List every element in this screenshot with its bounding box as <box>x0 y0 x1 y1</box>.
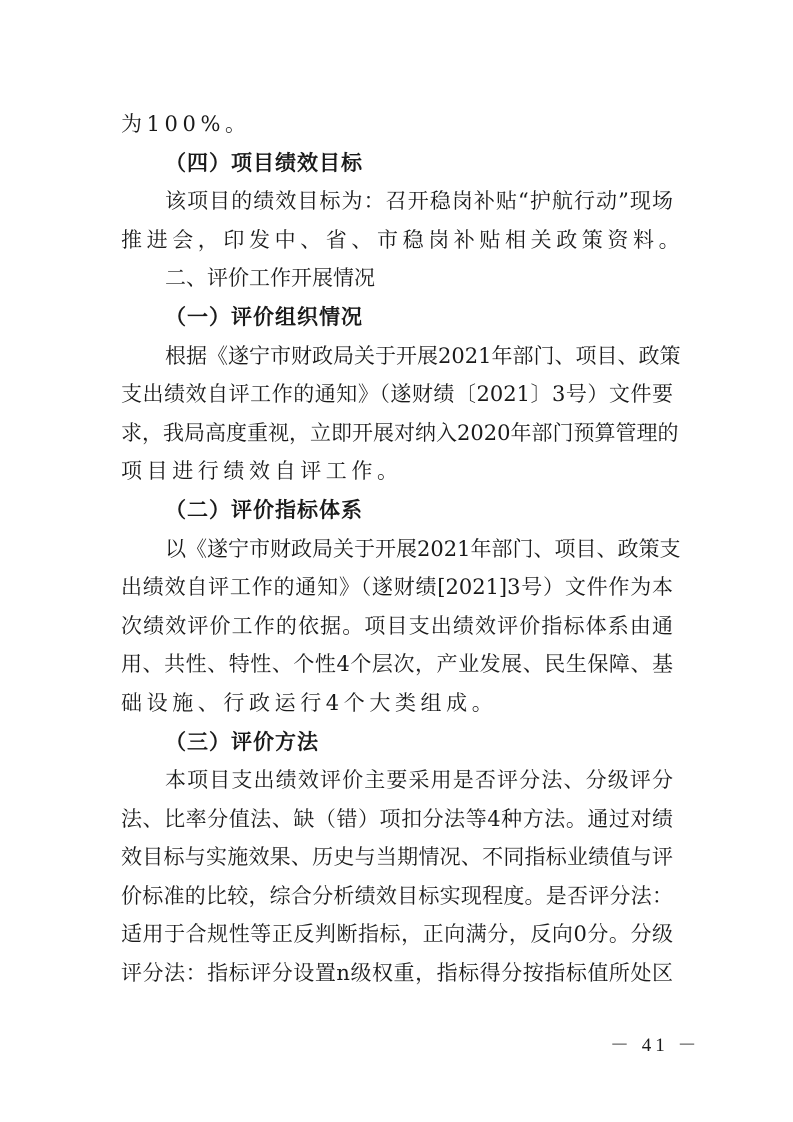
text-line: 法、比率分值法、缺（错）项扣分法等4种方法。通过对绩 <box>121 800 673 839</box>
text-line: 项目进行绩效自评工作。 <box>121 452 673 491</box>
section-heading-4-performance-goal: （四）项目绩效目标 <box>121 144 673 183</box>
page-number: － 41 － <box>610 1030 701 1057</box>
text-line: 效目标与实施效果、历史与当期情况、不同指标业绩值与评 <box>121 838 673 877</box>
section-heading-3-evaluation-method: （三）评价方法 <box>121 723 673 762</box>
text-line: 出绩效自评工作的通知》（遂财绩[2021]3号）文件作为本 <box>121 568 673 607</box>
text-line: 评分法：指标评分设置n级权重，指标得分按指标值所处区 <box>121 954 673 993</box>
document-page: 为100%。 （四）项目绩效目标 该项目的绩效目标为：召开稳岗补贴“护航行动”现… <box>121 105 673 993</box>
text-line: 该项目的绩效目标为：召开稳岗补贴“护航行动”现场 <box>121 182 673 221</box>
text-line: 以《遂宁市财政局关于开展2021年部门、项目、政策支 <box>121 530 673 569</box>
chapter-heading-2-evaluation-work: 二、评价工作开展情况 <box>121 259 673 298</box>
text-line: 次绩效评价工作的依据。项目支出绩效评价指标体系由通 <box>121 607 673 646</box>
text-line: 推进会，印发中、省、市稳岗补贴相关政策资料。 <box>121 221 673 260</box>
section-heading-2-indicator-system: （二）评价指标体系 <box>121 491 673 530</box>
text-line: 价标准的比较，综合分析绩效目标实现程度。是否评分法： <box>121 877 673 916</box>
text-line: 适用于合规性等正反判断指标，正向满分，反向0分。分级 <box>121 915 673 954</box>
text-line: 本项目支出绩效评价主要采用是否评分法、分级评分 <box>121 761 673 800</box>
text-line: 根据《遂宁市财政局关于开展2021年部门、项目、政策 <box>121 337 673 376</box>
text-line: 为100%。 <box>121 105 673 144</box>
text-line: 求，我局高度重视，立即开展对纳入2020年部门预算管理的 <box>121 414 673 453</box>
section-heading-1-organization: （一）评价组织情况 <box>121 298 673 337</box>
text-line: 础设施、行政运行4个大类组成。 <box>121 684 673 723</box>
text-line: 支出绩效自评工作的通知》（遂财绩〔2021〕3号）文件要 <box>121 375 673 414</box>
text-line: 用、共性、特性、个性4个层次，产业发展、民生保障、基 <box>121 645 673 684</box>
